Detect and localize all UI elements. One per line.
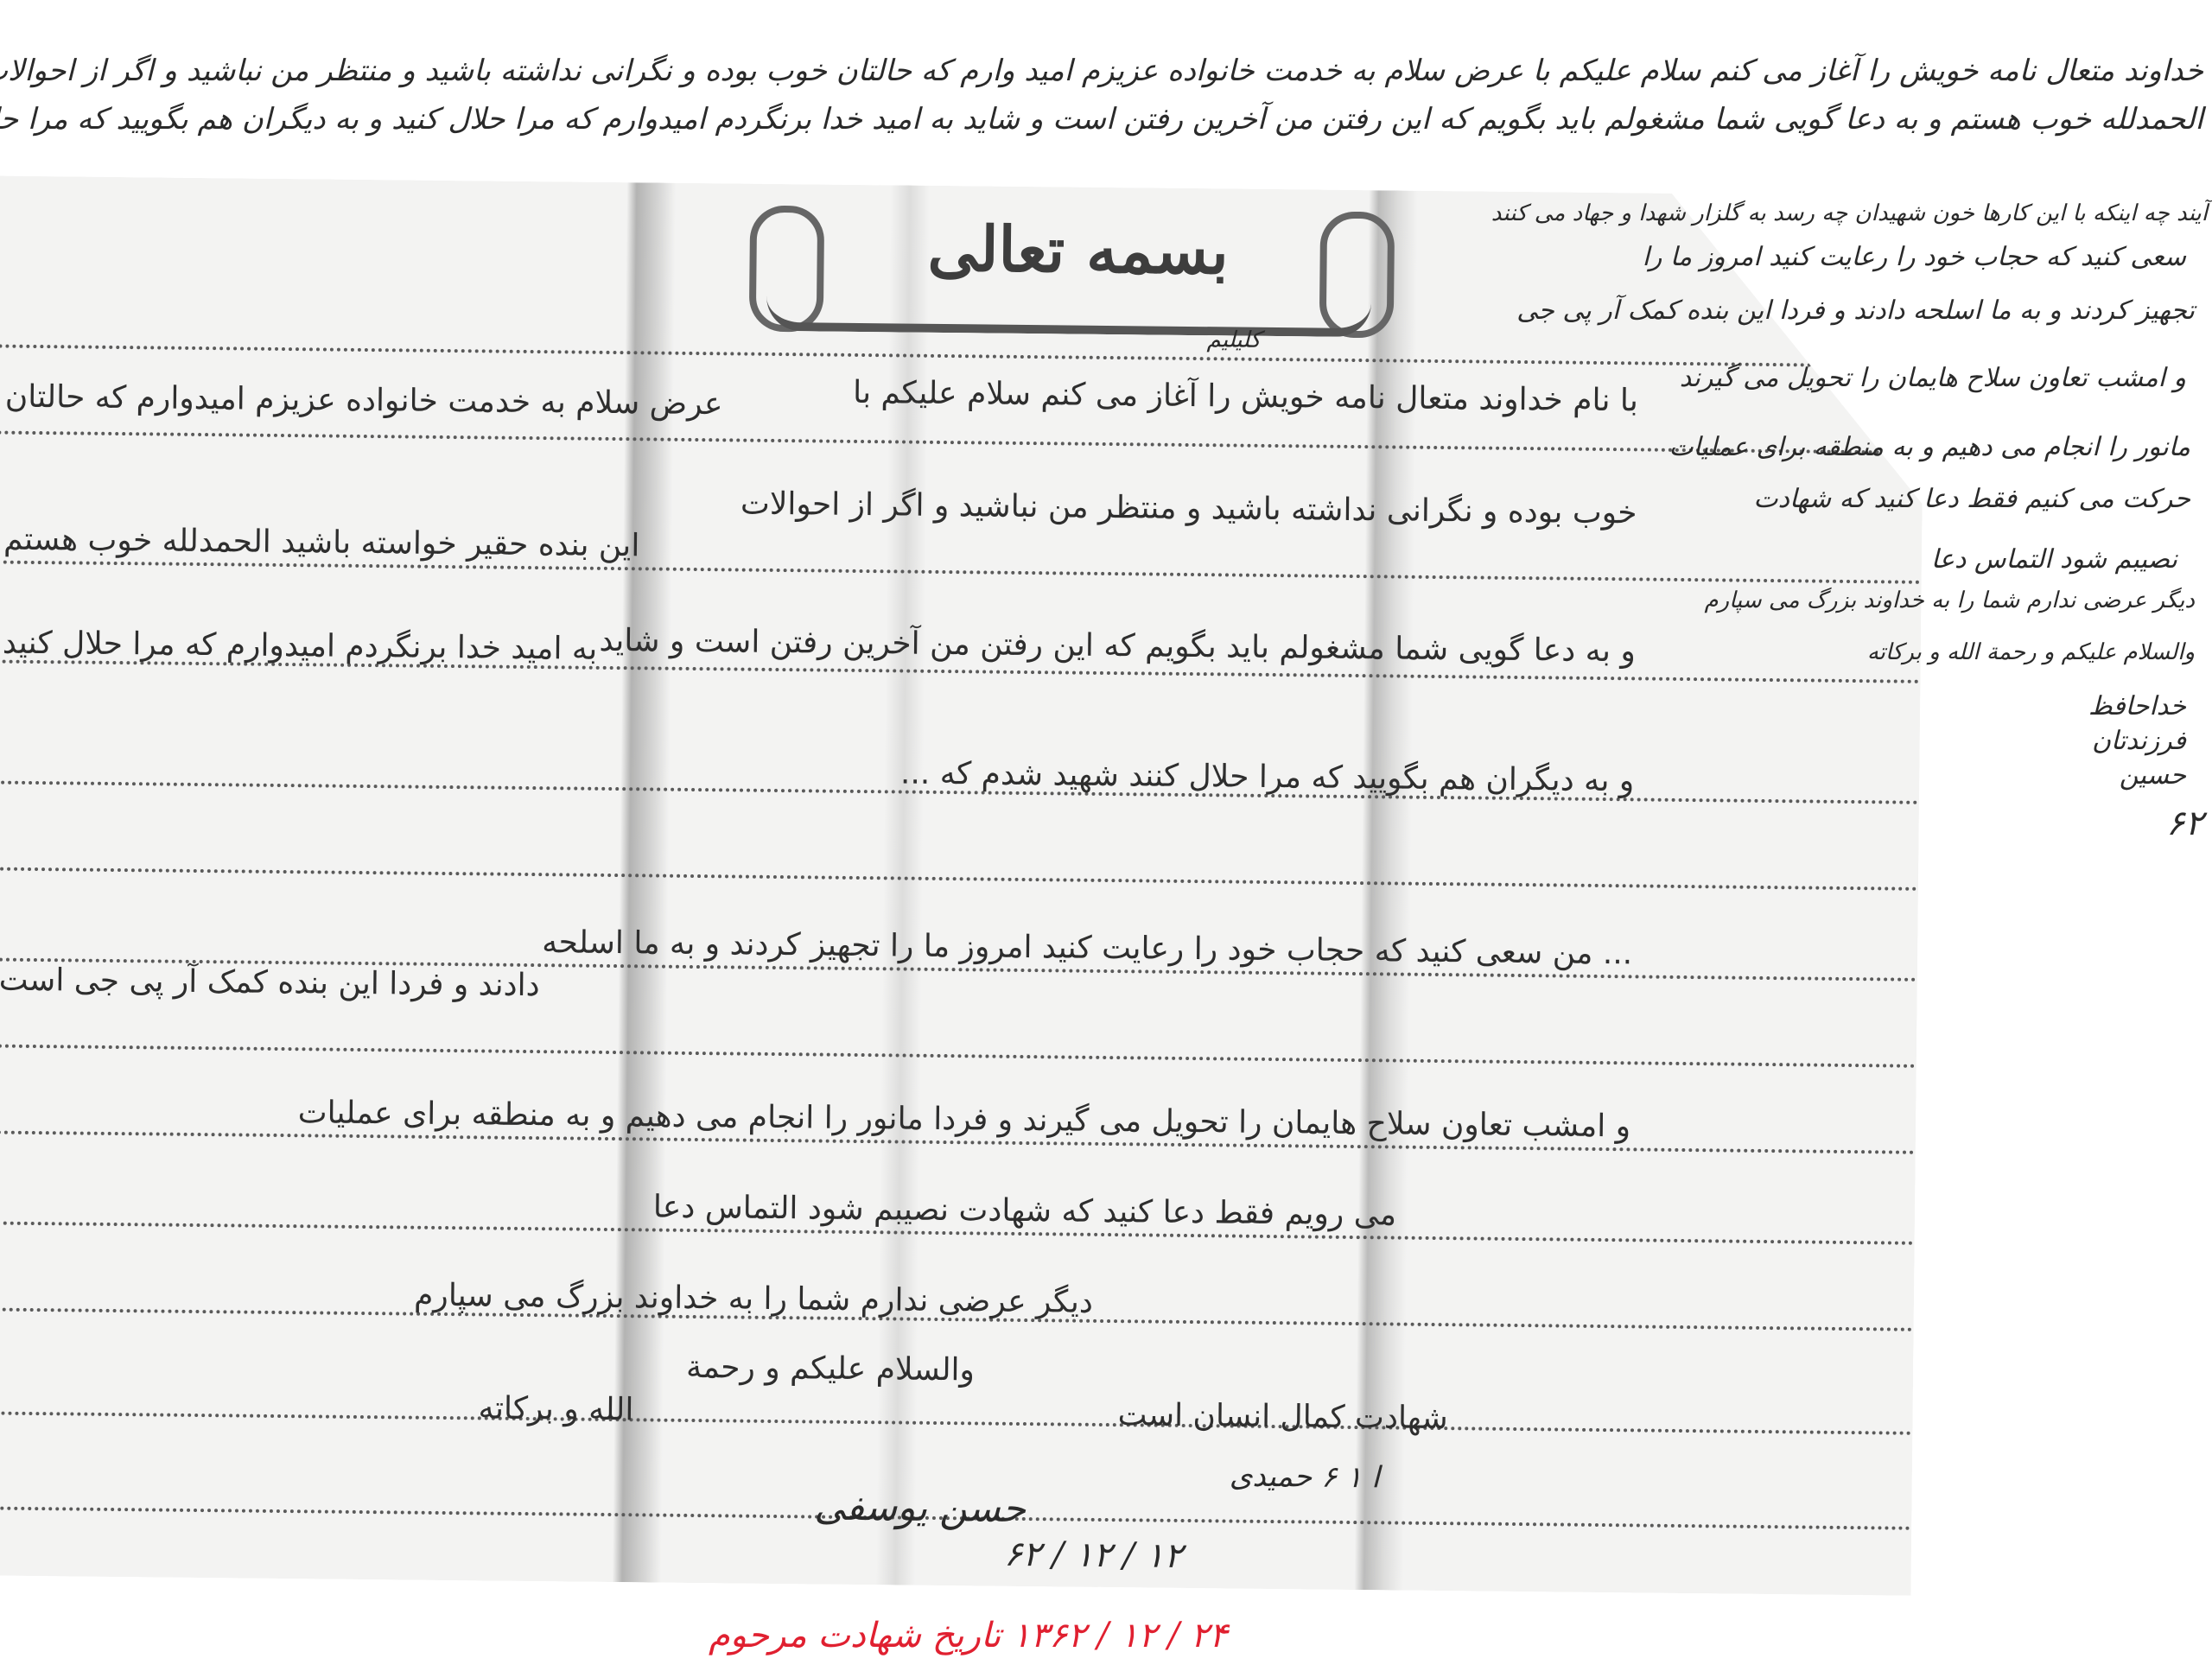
letterhead-title: بسمه تعالی <box>836 211 1320 289</box>
body-line: با نام خداوند متعال نامه خویش را آغاز می… <box>853 375 1638 419</box>
side-line: فرزندتان <box>2092 726 2186 756</box>
signature-secondary: ا ۱ ۶ حمیدی <box>1230 1459 1380 1496</box>
body-line: عرض سلام به خدمت خانواده عزیزم امیدوارم … <box>5 379 723 423</box>
side-line: حسین <box>2120 760 2186 791</box>
body-line: این بنده حقیر خواسته باشید الحمدلله خوب … <box>3 522 640 564</box>
side-line: نصیبم شود التماس دعا <box>1931 544 2177 575</box>
ruled-line <box>0 344 1923 368</box>
signature-name: حسن یوسفی <box>814 1484 1026 1531</box>
ruled-line <box>0 560 1922 584</box>
body-line: به امید خدا برنگردم امیدوارم که مرا حلال… <box>3 626 598 667</box>
body-line: دیگر عرضی ندارم شما را به خداوند بزرگ می… <box>414 1278 1093 1320</box>
side-line: حرکت می کنیم فقط دعا کنید که شهادت <box>1753 484 2190 514</box>
side-line: مانور را انجام می دهیم و به منطقه برای ع… <box>1669 432 2190 462</box>
body-line: والسلام علیکم و رحمة <box>686 1350 975 1388</box>
body-line: دادند و فردا این بنده کمک آر پی جی است <box>0 963 540 1004</box>
footer-annotation: ۲۴ / ۱۲ / ۱۳۶۲ تاریخ شهادت مرحوم <box>709 1616 1228 1655</box>
body-line: الله و برکاته <box>478 1390 633 1427</box>
signature-date: ۱۲ / ۱۲ / ۶۲ <box>1004 1534 1183 1576</box>
side-line: ۶۲ <box>2166 804 2203 843</box>
ruled-line <box>0 867 1918 891</box>
ruled-line <box>0 1044 1916 1068</box>
side-line: دیگر عرضی ندارم شما را به خداوند بزرگ می… <box>1704 588 2195 613</box>
top-annotation-line-2: الحمدلله خوب هستم و به دعا گویی شما مشغو… <box>0 102 2203 137</box>
top-annotation-line-1: خداوند متعال نامه خویش را آغاز می کنم سل… <box>0 54 2203 88</box>
body-line: خوب بوده و نگرانی نداشته باشید و منتظر م… <box>741 486 1637 531</box>
body-annotation-above: کلیلیم <box>1206 327 1261 353</box>
side-line: سعی کنید که حجاب خود را رعایت کنید امروز… <box>1643 242 2186 272</box>
side-line: والسلام علیکم و رحمة الله و برکاته <box>1867 639 2195 665</box>
side-line: و امشب تعاون سلاح هایمان را تحویل می گیر… <box>1680 363 2186 393</box>
letter-paper: بسمه تعالی کلیلیم با نام خداوند متعال نا… <box>0 175 1925 1596</box>
ruled-line <box>0 430 1923 454</box>
closing-note: شهادت کمال انسان است <box>1117 1397 1448 1436</box>
side-line: تجهیز کردند و به ما اسلحه دادند و فردا ا… <box>1516 295 2195 326</box>
body-line: و به دعا گویی شما مشغولم باید بگویم که ا… <box>599 623 1636 670</box>
body-line: می رویم فقط دعا کنید که شهادت نصیبم شود … <box>653 1190 1397 1233</box>
side-line: آیند چه اینکه با این کارها خون شهیدان چه… <box>1491 200 2208 226</box>
side-line: خداحافظ <box>2088 691 2186 721</box>
ruled-line <box>0 1411 1912 1435</box>
